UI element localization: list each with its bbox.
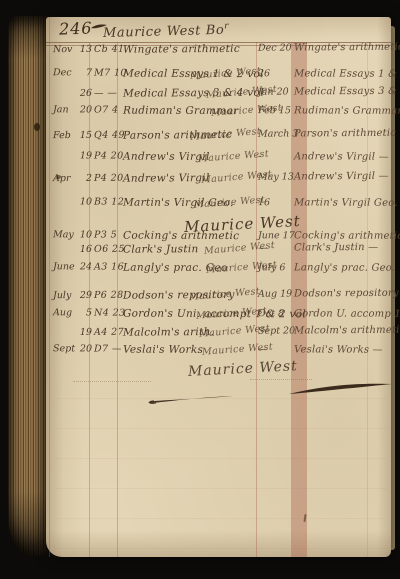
borrow-month: Feb	[53, 130, 71, 141]
borrow-day: 16	[76, 244, 92, 255]
borrow-title: Andrew's Virgil	[123, 172, 210, 185]
borrow-day: 2	[76, 173, 92, 184]
ledger-row: Apr 2 P4 20 Andrew's Virgil May 13 Andre…	[46, 171, 391, 188]
borrow-day: 20	[76, 104, 92, 115]
book-page-edges	[8, 16, 48, 556]
ledger-row: Feb 15 Q4 49 Parson's arithmetic March 3…	[46, 128, 391, 145]
return-title: Andrew's Virgil —	[294, 171, 389, 183]
borrow-day: 5	[76, 307, 92, 318]
borrow-title: Wingate's arithmetic	[123, 43, 240, 56]
page-title-text: Maurice West Bo	[103, 23, 225, 41]
borrow-day: 13	[76, 44, 92, 55]
ledger-row: June 24 A3 16 Langly's prac. Geo July 6 …	[46, 261, 391, 278]
return-title: Cocking's arithmetic	[294, 230, 400, 241]
borrow-day: 20	[76, 343, 92, 354]
ledger-row: 26 — — Medical Essays 3 & 4 vol Jan 20 M…	[46, 86, 391, 103]
signature-maurice-west: Maurice West	[188, 358, 298, 380]
ledger-row: Sept 20 D7 — Veslai's Works — Veslai's W…	[46, 343, 391, 360]
shelfmark: P4 20	[94, 173, 124, 184]
shelfmark: Cb 41	[94, 44, 125, 55]
ink-flourish	[145, 395, 237, 407]
shelfmark: P4 20	[94, 150, 124, 161]
page-title: Maurice West Bor	[103, 21, 230, 41]
return-title: Dodson's repository	[294, 288, 399, 300]
return-title: Wingate's arithmetic	[294, 42, 400, 54]
shelfmark: P6 28	[94, 290, 124, 301]
ledger-row: Dec 7 M7 10 Medical Essays 1 & 2 vol 26 …	[46, 67, 391, 84]
return-title: Rudiman's Grammar	[294, 105, 400, 116]
return-title: Medical Essays 3 & 4 vol	[294, 86, 400, 98]
shelfmark: B3 12	[94, 196, 124, 207]
return-title: Clark's Justin —	[294, 242, 378, 254]
ledger-row: 19 P4 20 Andrew's Virgil - Andrew's Virg…	[46, 150, 391, 167]
shelfmark: — —	[94, 88, 117, 99]
page-title-superscript: r	[224, 21, 229, 31]
return-title: Veslai's Works —	[294, 344, 383, 355]
shelfmark: N4 23	[94, 307, 126, 318]
borrow-title: Veslai's Works	[123, 344, 203, 356]
pencil-line	[250, 379, 312, 380]
shelfmark: A4 27	[94, 327, 124, 338]
shelfmark: O7 4	[94, 104, 119, 115]
borrow-month: Jan	[53, 104, 69, 115]
return-title: Malcolm's arithmetic	[294, 325, 400, 337]
ledger-page: 246 Maurice West Bor Nov 13 Cb 41 Wingat…	[46, 17, 391, 557]
borrow-day: 24	[76, 261, 92, 272]
borrow-day: 19	[76, 150, 92, 161]
shelfmark: O6 25	[94, 244, 125, 255]
pencil-line	[73, 381, 151, 382]
ledger-row: Aug 5 N4 23 Gordon's Uni. accompt 1 & 2 …	[46, 307, 391, 324]
return-title: Martin's Virgil Geo.	[294, 197, 398, 208]
shelfmark: Q4 49	[94, 130, 125, 141]
return-date: June 17	[258, 230, 295, 241]
borrow-day: 29	[76, 290, 92, 301]
interlined-name: Maurice West	[201, 169, 273, 186]
borrow-day: 10	[76, 229, 92, 240]
borrow-day: 19	[76, 327, 92, 338]
return-date: Dec 20	[258, 42, 292, 53]
ledger-row: July 29 P6 28 Dodson's repository Aug 19…	[46, 288, 391, 305]
return-date: Aug 19	[258, 288, 292, 299]
borrow-day: 26	[76, 88, 92, 99]
ledger-row: 10 B3 12 Martin's Virgil Geo. 16 Martin'…	[46, 196, 391, 213]
shelfmark: A3 16	[94, 261, 124, 272]
borrow-title: Cocking's arithmetic	[123, 230, 239, 243]
return-title: Andrew's Virgil —	[294, 151, 389, 162]
shelfmark: P3 5	[94, 229, 117, 240]
borrow-month: Sept	[53, 343, 75, 354]
return-title: Gordon U. accomp 1 & 2 v	[294, 308, 400, 320]
borrow-month: June	[53, 261, 75, 272]
return-title: Medical Essays 1 & 2 vol	[294, 68, 400, 80]
ink-flourish	[289, 382, 393, 395]
borrow-title: Clark's Justin	[123, 243, 199, 256]
page-number: 246	[59, 18, 93, 38]
borrow-month: Dec	[53, 67, 72, 78]
ledger-row: Jan 20 O7 4 Rudiman's Grammar Feb 15 Rud…	[46, 104, 391, 121]
shelfmark: M7 10	[94, 67, 127, 78]
borrow-day: 10	[76, 196, 92, 207]
borrow-month: Apr	[53, 173, 71, 184]
borrow-month: Nov	[53, 44, 72, 55]
ink-blot	[56, 175, 61, 179]
ink-blot	[34, 123, 40, 131]
return-date: March 3	[258, 128, 299, 139]
return-title: Langly's prac. Geo.	[294, 262, 395, 273]
borrow-day: 15	[76, 130, 92, 141]
ledger-row: Nov 13 Cb 41 Wingate's arithmetic Dec 20…	[46, 42, 391, 59]
shelfmark: D7 —	[94, 343, 122, 354]
borrow-title: Andrew's Virgil	[123, 151, 210, 163]
ledger-row: 16 O6 25 Clark's Justin — Clark's Justin…	[46, 242, 391, 259]
borrow-day: 7	[76, 67, 92, 78]
borrow-month: July	[53, 290, 71, 301]
interlined-name: Maurice West	[204, 240, 276, 257]
borrow-month: May	[53, 229, 74, 240]
return-title: Parson's arithmetic	[294, 128, 396, 140]
borrow-month: Aug	[53, 307, 72, 318]
ledger-row: 19 A4 27 Malcolm's arith. Sept 20 Malcol…	[46, 325, 391, 342]
interlined-name: Maurice West	[202, 341, 274, 357]
